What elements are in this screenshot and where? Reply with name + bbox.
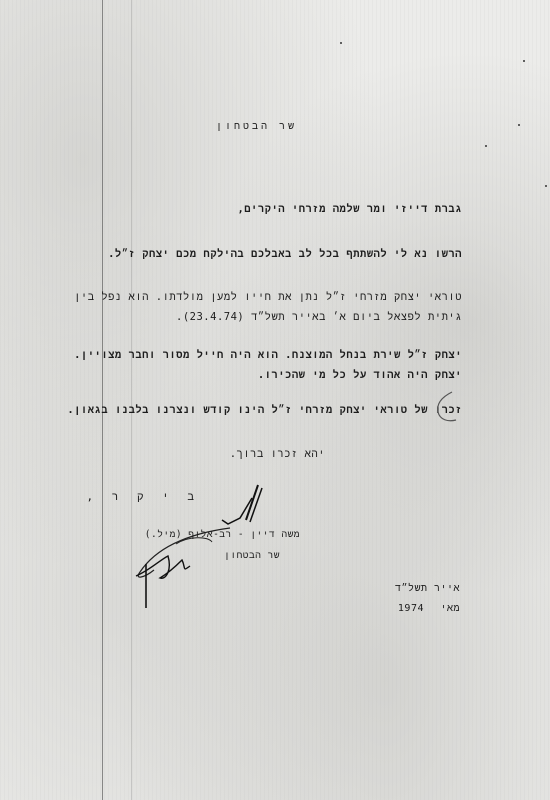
paragraph-service-line1: יצחק ז״ל שירת בנחל המוצנח. הוא היה חייל … (74, 349, 462, 362)
signer-name: משה דיין - רב-אלוף (מיל.) (145, 529, 300, 540)
scan-fold-line (102, 0, 103, 800)
date-hebrew: אייר תשל״ד (395, 583, 460, 595)
salutation: גברת דייזי ומר שלמה מזרחי היקרים, (237, 203, 462, 216)
signer-title: שר הבטחון (224, 550, 280, 561)
scan-speck (523, 60, 525, 62)
date-year: 1974 (398, 603, 424, 614)
scan-speck (485, 145, 487, 147)
paragraph-service-line2: יצחק היה אהוד על כל מי שהכירו. (258, 369, 462, 382)
handwritten-margin-mark-icon (430, 390, 460, 430)
scan-speck (545, 185, 547, 187)
scanned-letter-page: שר הבטחון גברת דייזי ומר שלמה מזרחי היקר… (0, 0, 550, 800)
date-month: מאי (440, 603, 460, 615)
scan-speck (518, 124, 520, 126)
scan-speck (340, 42, 342, 44)
scan-fold-line (131, 0, 132, 800)
paragraph-memory: זכרו של טוראי יצחק מזרחי ז״ל הינו קודש ו… (67, 404, 462, 417)
paragraph-blessing: יהא זכרו ברוך. (230, 448, 325, 461)
handwritten-signature-icon (120, 480, 280, 610)
paragraph-condolence: הרשו נא לי להשתתף בכל לב באבלכם בהילקח מ… (108, 248, 462, 261)
paragraph-fallen-line1: טוראי יצחק מזרחי ז״ל נתן את חייו למען מו… (74, 291, 462, 304)
letterhead-title: שר הבטחון (216, 121, 297, 133)
paragraph-fallen-line2: גיתית לפצאל ביום א׳ באייר תשל״ד (23.4.74… (176, 311, 462, 324)
